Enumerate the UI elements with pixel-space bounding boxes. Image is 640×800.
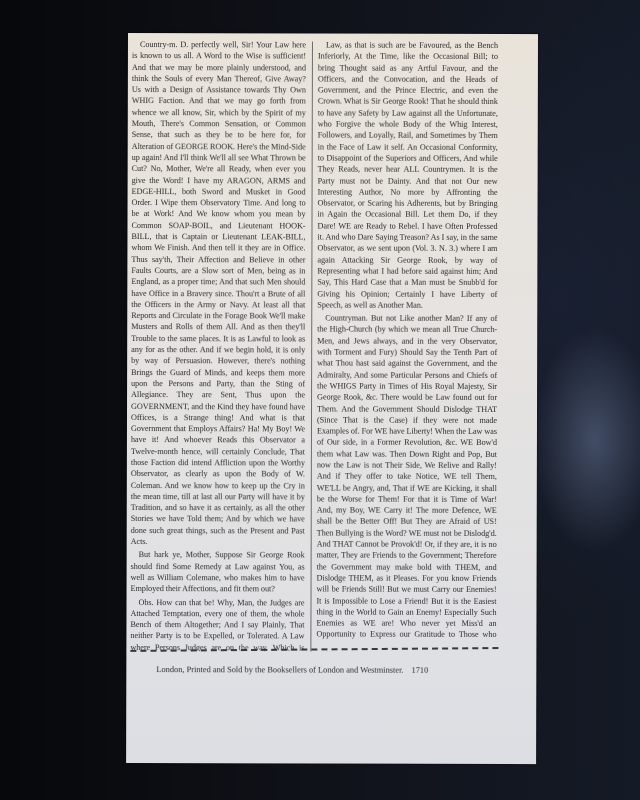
imprint-year: 1710 xyxy=(411,666,428,675)
broadside-sheet: Country-m. D. perfectly well, Sir! Your … xyxy=(126,33,538,764)
paragraph: Law, as that is such are be Favoured, as… xyxy=(317,39,498,311)
left-text-column: Country-m. D. perfectly well, Sir! Your … xyxy=(130,39,306,651)
paragraph: Country-m. D. perfectly well, Sir! Your … xyxy=(131,39,306,548)
paragraph: But hark ye, Mother, Suppose Sir George … xyxy=(131,549,305,595)
right-text-column: Law, as that is such are be Favoured, as… xyxy=(316,39,498,639)
imprint-text: London, Printed and Sold by the Booksell… xyxy=(156,665,403,675)
paragraph: Obs. How can that be! Why, Man, the Judg… xyxy=(130,597,304,652)
imprint-line: London, Printed and Sold by the Booksell… xyxy=(156,665,496,675)
paragraph: Countryman. But not Like another Man? If… xyxy=(316,313,497,640)
column-divider xyxy=(310,41,313,651)
